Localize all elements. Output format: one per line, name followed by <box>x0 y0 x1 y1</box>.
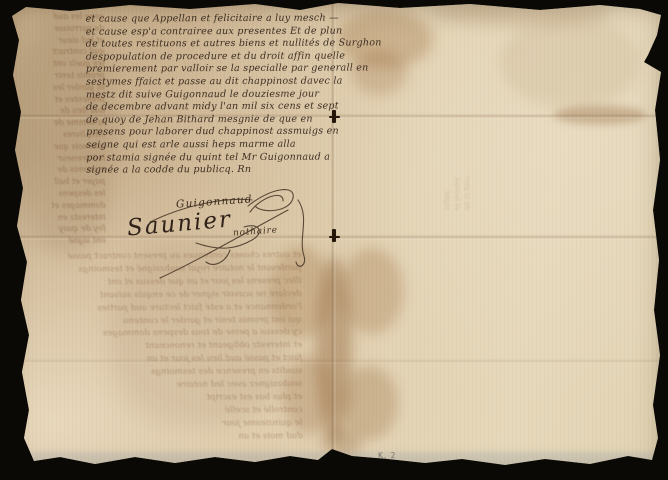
scanner-background: aene les audde parroisseet led sieuraud … <box>0 0 668 480</box>
torn-edge-shading <box>0 0 668 480</box>
manuscript-page: aene les audde parroisseet led sieuraud … <box>0 0 668 480</box>
